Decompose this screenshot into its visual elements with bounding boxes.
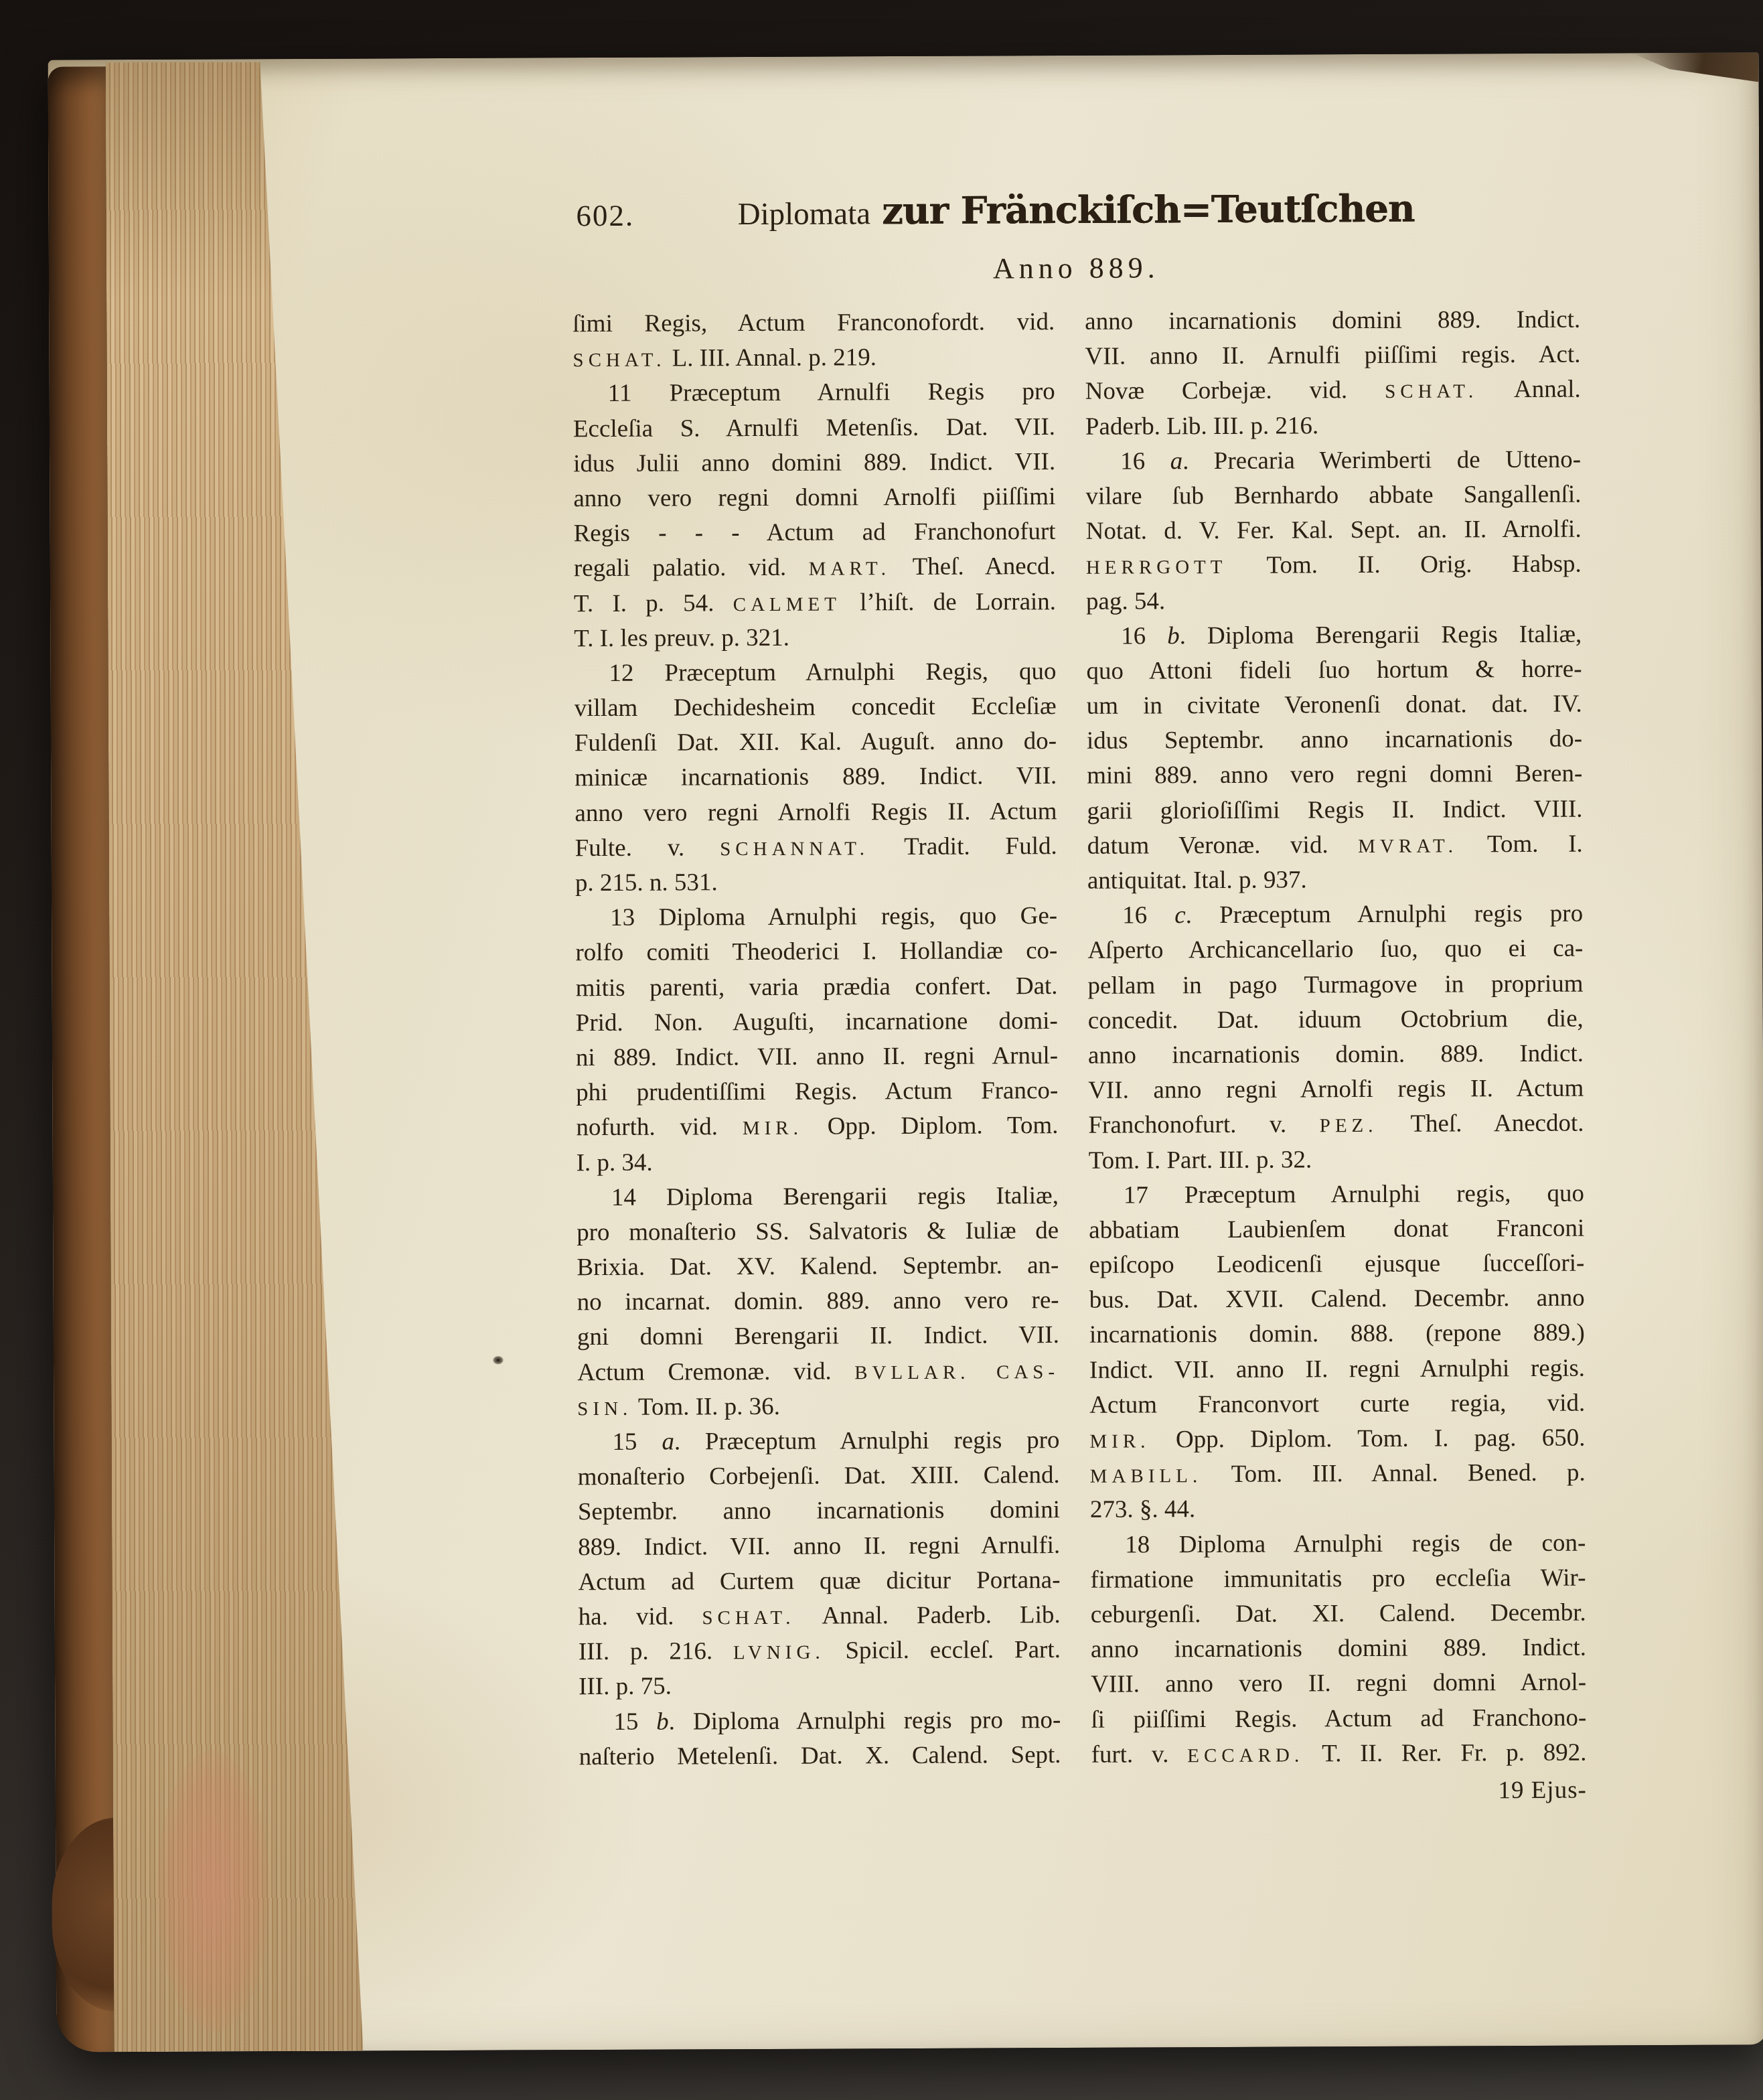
text-segment: Tom. II. p. 36. xyxy=(632,1393,780,1421)
text-line: abbatiam Laubienſem donat Franconi xyxy=(1089,1211,1584,1248)
entry-letter: b xyxy=(1167,622,1180,650)
text-line: naſterio Metelenſi. Dat. X. Calend. Sept… xyxy=(579,1738,1061,1775)
text-segment: Tom. I. Part. III. p. 32. xyxy=(1089,1146,1312,1174)
text-line: villam Dechidesheim concedit Eccleſiæ xyxy=(574,689,1057,726)
text-segment: anno incarnationis domini 889. Indict. xyxy=(1085,306,1580,335)
text-segment: nofurth. vid. xyxy=(576,1113,743,1141)
text-line: 15 a. Præceptum Arnulphi regis pro xyxy=(577,1423,1059,1460)
text-line: concedit. Dat. iduum Octobrium die, xyxy=(1088,1001,1584,1038)
text-line: Eccleſia S. Arnulfi Metenſis. Dat. VII. xyxy=(573,410,1055,447)
text-segment: VII. anno regni Arnolfi regis II. Actum xyxy=(1088,1075,1584,1104)
running-header-row: 602. Diplomatazur Fränckiſch=Teutſchen xyxy=(572,186,1580,238)
text-segment: Tom. III. Annal. Bened. p. xyxy=(1202,1459,1586,1488)
text-line: VIII. anno vero II. regni domni Arnol- xyxy=(1091,1665,1586,1702)
text-segment: villam Dechidesheim concedit Eccleſiæ xyxy=(574,692,1057,722)
text-segment: 16 xyxy=(1121,622,1167,650)
text-segment: 17 Præceptum Arnulphi regis, quo xyxy=(1124,1179,1584,1209)
text-segment: Prid. Non. Auguſti, incarnatione domi- xyxy=(576,1007,1058,1037)
text-segment: Tom. I. xyxy=(1458,830,1583,858)
text-segment: ſimi Regis, Actum Franconofordt. vid. xyxy=(572,308,1055,337)
text-line: minicæ incarnationis 889. Indict. VII. xyxy=(574,759,1057,796)
text-column-right: anno incarnationis domini 889. Indict.VI… xyxy=(1085,303,1587,1773)
text-line: anno incarnationis domin. 889. Indict. xyxy=(1088,1037,1584,1073)
fore-edge-stain xyxy=(156,1750,271,2032)
text-line: garii glorioſiſſimi Regis II. Indict. VI… xyxy=(1087,792,1582,828)
text-segment: . Præceptum Arnulphi regis pro xyxy=(1186,900,1584,929)
text-line: bus. Dat. XVII. Calend. Decembr. anno xyxy=(1089,1281,1585,1318)
text-line: HERRGOTT Tom. II. Orig. Habsp. xyxy=(1086,547,1582,584)
text-line: VII. anno II. Arnulfi piiſſimi regis. Ac… xyxy=(1085,337,1580,374)
text-segment: 273. §. 44. xyxy=(1090,1496,1195,1524)
text-line: regali palatio. vid. MART. Theſ. Anecd. xyxy=(574,549,1056,586)
text-line: anno vero regni domni Arnolfi piiſſimi xyxy=(573,479,1055,516)
text-segment: Actum Cremonæ. vid. xyxy=(577,1357,854,1386)
text-line: Actum ad Curtem quæ dicitur Portana- xyxy=(578,1563,1060,1600)
cited-author: BVLLAR. CAS- xyxy=(854,1361,1059,1383)
cited-author: MIR. xyxy=(743,1118,803,1139)
cited-author: SCHAT. xyxy=(702,1607,795,1629)
cited-author: SIN. xyxy=(577,1398,632,1420)
text-line: ſi piiſſimi Regis. Actum ad Franchono- xyxy=(1091,1700,1586,1737)
text-line: epiſcopo Leodicenſi ejusque ſucceſſori- xyxy=(1089,1246,1584,1283)
text-segment: Aſperto Archicancellario ſuo, quo ei ca- xyxy=(1087,935,1583,964)
text-line: SCHAT. L. III. Annal. p. 219. xyxy=(572,340,1055,376)
text-segment: monaſterio Corbejenſi. Dat. XIII. Calend… xyxy=(578,1461,1060,1491)
text-segment: datum Veronæ. vid. xyxy=(1087,831,1359,860)
text-line: anno incarnationis domini 889. Indict. xyxy=(1091,1631,1586,1667)
text-segment: pro monaſterio SS. Salvatoris & Iuliæ de xyxy=(577,1217,1059,1246)
text-segment: no incarnat. domin. 889. anno vero re- xyxy=(577,1286,1059,1316)
text-segment: T. I. les preuv. p. 321. xyxy=(574,623,789,652)
entry-letter: b xyxy=(656,1708,669,1735)
text-segment: Annal. Paderb. Lib. xyxy=(795,1601,1060,1630)
text-segment: Brixia. Dat. XV. Kalend. Septembr. an- xyxy=(577,1252,1059,1281)
text-segment: ſi piiſſimi Regis. Actum ad Franchono- xyxy=(1091,1704,1586,1733)
running-head-roman: Diplomata xyxy=(738,196,871,232)
catchword: 19 Ejus- xyxy=(1091,1776,1587,1807)
text-line: gni domni Berengarii II. Indict. VII. xyxy=(577,1318,1059,1355)
text-segment: VII. anno II. Arnulfi piiſſimi regis. Ac… xyxy=(1085,341,1580,370)
text-segment: Spicil. eccleſ. Part. xyxy=(825,1636,1061,1665)
text-line: 15 b. Diploma Arnulphi regis pro mo- xyxy=(579,1703,1061,1740)
text-segment: concedit. Dat. iduum Octobrium die, xyxy=(1088,1004,1584,1034)
text-segment: Fulte. v. xyxy=(575,834,720,862)
text-line: Tom. I. Part. III. p. 32. xyxy=(1089,1141,1584,1178)
leather-cover-edge xyxy=(48,66,116,2052)
text-segment: 13 Diploma Arnulphi regis, quo Ge- xyxy=(610,902,1057,931)
text-segment: vilare ſub Bernhardo abbate Sangallenſi. xyxy=(1085,481,1581,510)
text-segment: Annal. xyxy=(1478,376,1581,404)
text-line: pellam in pago Turmagove in proprium xyxy=(1087,966,1583,1003)
text-segment: 18 Diploma Arnulphi regis de con- xyxy=(1125,1529,1586,1558)
text-segment: pellam in pago Turmagove in proprium xyxy=(1087,970,1583,999)
text-line: phi prudentiſſimi Regis. Actum Franco- xyxy=(576,1073,1058,1110)
text-line: SIN. Tom. II. p. 36. xyxy=(577,1388,1059,1425)
text-segment: gni domni Berengarii II. Indict. VII. xyxy=(577,1321,1059,1351)
text-segment: anno vero regni Arnolfi Regis II. Actum xyxy=(574,798,1057,827)
text-line: Actum Franconvort curte regia, vid. xyxy=(1089,1385,1585,1422)
text-line: mini 889. anno vero regni domni Beren- xyxy=(1087,757,1582,794)
text-line: I. p. 34. xyxy=(577,1144,1059,1181)
running-head-blackletter: zur Fränckiſch=Teutſchen xyxy=(882,187,1415,233)
text-line: Prid. Non. Auguſti, incarnatione domi- xyxy=(576,1004,1058,1041)
text-line: idus Julii anno domini 889. Indict. VII. xyxy=(573,445,1055,481)
text-line: rolfo comiti Theoderici I. Hollandiæ co- xyxy=(575,933,1057,970)
text-line: anno vero regni Arnolfi Regis II. Actum xyxy=(574,794,1057,831)
text-segment: ceburgenſi. Dat. XI. Calend. Decembr. xyxy=(1091,1599,1586,1629)
text-segment: firmatione immunitatis pro eccleſia Wir- xyxy=(1090,1564,1586,1593)
text-segment: quo Attoni fideli ſuo hortum & horre- xyxy=(1086,655,1582,684)
text-line: monaſterio Corbejenſi. Dat. XIII. Calend… xyxy=(578,1458,1060,1495)
text-line: 273. §. 44. xyxy=(1090,1491,1586,1527)
text-segment: Eccleſia S. Arnulfi Metenſis. Dat. VII. xyxy=(573,413,1055,443)
text-line: III. p. 75. xyxy=(579,1667,1061,1704)
text-segment: 14 Diploma Berengarii regis Italiæ, xyxy=(611,1182,1059,1211)
text-segment: Theſ. Anecd. xyxy=(891,552,1056,581)
text-line: Regis - - - Actum ad Franchonofurt xyxy=(574,514,1056,551)
cited-author: MVRAT. xyxy=(1358,835,1458,857)
text-line: um in civitate Veronenſi donat. dat. IV. xyxy=(1087,687,1582,724)
text-line: Notat. d. V. Fer. Kal. Sept. an. II. Arn… xyxy=(1085,512,1581,549)
text-line: Franchonofurt. v. PEZ. Theſ. Anecdot. xyxy=(1088,1106,1584,1143)
text-segment: Fuldenſi Dat. XII. Kal. Auguſt. anno do- xyxy=(574,727,1057,757)
text-line: idus Septembr. anno incarnationis do- xyxy=(1087,722,1582,759)
text-segment: idus Julii anno domini 889. Indict. VII. xyxy=(573,448,1055,477)
text-line: 889. Indict. VII. anno II. regni Arnulfi… xyxy=(578,1528,1060,1565)
text-segment: Tom. II. Orig. Habsp. xyxy=(1227,550,1582,579)
text-line: incarnationis domin. 888. (repone 889.) xyxy=(1089,1316,1585,1353)
page-block-fore-edge xyxy=(106,62,364,2052)
cited-author: SCHANNAT. xyxy=(720,838,869,860)
text-segment: Novæ Corbejæ. vid. xyxy=(1085,376,1385,405)
text-segment: Paderb. Lib. III. p. 216. xyxy=(1085,412,1319,441)
text-segment: l’hiſt. de Lorrain. xyxy=(841,588,1056,616)
text-segment: regali palatio. vid. xyxy=(574,554,809,583)
text-line: ceburgenſi. Dat. XI. Calend. Decembr. xyxy=(1091,1596,1586,1633)
running-head: Diplomatazur Fränckiſch=Teutſchen xyxy=(572,186,1580,235)
text-segment: Opp. Diplom. Tom. xyxy=(803,1112,1059,1140)
text-segment: Tradit. Fuld. xyxy=(869,832,1057,860)
text-line: no incarnat. domin. 889. anno vero re- xyxy=(577,1283,1059,1320)
text-line: MIR. Opp. Diplom. Tom. I. pag. 650. xyxy=(1089,1421,1585,1458)
text-segment: . Diploma Arnulphi regis pro mo- xyxy=(669,1706,1061,1736)
text-segment: III. p. 216. xyxy=(579,1637,733,1665)
text-segment: 11 Præceptum Arnulfi Regis pro xyxy=(608,378,1055,407)
text-line: 16 b. Diploma Berengarii Regis Italiæ, xyxy=(1086,617,1582,654)
text-segment: T. I. p. 54. xyxy=(574,589,733,617)
text-line: p. 215. n. 531. xyxy=(575,864,1057,901)
text-line: datum Veronæ. vid. MVRAT. Tom. I. xyxy=(1087,826,1583,863)
cited-author: LVNIG. xyxy=(733,1642,825,1664)
text-column-left: ſimi Regis, Actum Franconofordt. vid.SCH… xyxy=(572,305,1061,1775)
text-line: Actum Cremonæ. vid. BVLLAR. CAS- xyxy=(577,1353,1059,1390)
text-segment: abbatiam Laubienſem donat Franconi xyxy=(1089,1214,1584,1244)
text-line: Septembr. anno incarnationis domini xyxy=(578,1493,1060,1529)
text-line: quo Attoni fideli ſuo hortum & horre- xyxy=(1086,652,1582,688)
text-line: Paderb. Lib. III. p. 216. xyxy=(1085,407,1581,444)
text-segment: ni 889. Indict. VII. anno II. regni Arnu… xyxy=(576,1042,1058,1071)
text-line: ni 889. Indict. VII. anno II. regni Arnu… xyxy=(576,1039,1058,1075)
binding-shadow-top-right xyxy=(1631,52,1758,82)
text-line: 18 Diploma Arnulphi regis de con- xyxy=(1090,1525,1586,1562)
text-line: vilare ſub Bernhardo abbate Sangallenſi. xyxy=(1085,477,1581,514)
text-line: ſimi Regis, Actum Franconofordt. vid. xyxy=(572,305,1055,342)
text-segment: mitis parenti, varia prædia confert. Dat… xyxy=(575,972,1057,1002)
text-line: antiquitat. Ital. p. 937. xyxy=(1087,862,1583,899)
text-segment: pag. 54. xyxy=(1086,587,1165,615)
text-line: 13 Diploma Arnulphi regis, quo Ge- xyxy=(575,899,1057,935)
text-line: Fulte. v. SCHANNAT. Tradit. Fuld. xyxy=(575,829,1057,866)
text-segment: epiſcopo Leodicenſi ejusque ſucceſſori- xyxy=(1089,1250,1584,1279)
text-line: 16 a. Precaria Werimberti de Utteno- xyxy=(1085,442,1581,479)
entry-letter: a xyxy=(662,1428,674,1456)
cited-author: MIR. xyxy=(1089,1430,1150,1452)
text-segment: 15 xyxy=(612,1428,662,1456)
text-line: Indict. VII. anno II. regni Arnulphi reg… xyxy=(1089,1351,1585,1387)
text-line: ha. vid. SCHAT. Annal. Paderb. Lib. xyxy=(579,1598,1061,1635)
text-segment: L. III. Annal. p. 219. xyxy=(666,344,876,372)
text-line: Brixia. Dat. XV. Kalend. Septembr. an- xyxy=(577,1248,1059,1285)
cited-author: SCHAT. xyxy=(572,350,666,372)
text-segment: III. p. 75. xyxy=(579,1673,672,1701)
text-line: 16 c. Præceptum Arnulphi regis pro xyxy=(1087,897,1583,933)
text-segment: p. 215. n. 531. xyxy=(575,869,718,897)
text-line: III. p. 216. LVNIG. Spicil. eccleſ. Part… xyxy=(579,1633,1061,1669)
text-segment: idus Septembr. anno incarnationis do- xyxy=(1087,725,1582,755)
text-line: anno incarnationis domini 889. Indict. xyxy=(1085,303,1580,340)
text-line: Fuldenſi Dat. XII. Kal. Auguſt. anno do- xyxy=(574,724,1057,761)
text-line: 17 Præceptum Arnulphi regis, quo xyxy=(1089,1176,1584,1213)
text-segment: um in civitate Veronenſi donat. dat. IV. xyxy=(1087,690,1582,720)
text-segment: Notat. d. V. Fer. Kal. Sept. an. II. Arn… xyxy=(1086,516,1582,545)
text-segment: Septembr. anno incarnationis domini xyxy=(578,1496,1060,1525)
text-segment: minicæ incarnationis 889. Indict. VII. xyxy=(574,762,1057,792)
text-segment: anno vero regni domni Arnolfi piiſſimi xyxy=(573,483,1055,512)
cited-author: CALMET xyxy=(733,593,841,615)
text-line: T. I. les preuv. p. 321. xyxy=(574,619,1056,656)
text-segment: . Precaria Werimberti de Utteno- xyxy=(1182,445,1581,475)
text-segment: ha. vid. xyxy=(579,1602,702,1631)
text-segment: Indict. VII. anno II. regni Arnulphi reg… xyxy=(1089,1354,1585,1383)
text-line: MABILL. Tom. III. Annal. Bened. p. xyxy=(1090,1456,1586,1493)
text-segment: . Præceptum Arnulphi regis pro xyxy=(674,1426,1060,1456)
cited-author: SCHAT. xyxy=(1385,381,1478,403)
text-segment: rolfo comiti Theoderici I. Hollandiæ co- xyxy=(575,937,1057,966)
text-line: furt. v. ECCARD. T. II. Rer. Fr. p. 892. xyxy=(1091,1735,1586,1772)
text-line: pag. 54. xyxy=(1086,582,1582,619)
text-line: Novæ Corbejæ. vid. SCHAT. Annal. xyxy=(1085,372,1581,409)
text-line: mitis parenti, varia prædia confert. Dat… xyxy=(575,969,1057,1006)
text-segment: 12 Præceptum Arnulphi Regis, quo xyxy=(609,658,1056,687)
text-segment: T. II. Rer. Fr. p. 892. xyxy=(1304,1738,1587,1767)
text-segment: . Diploma Berengarii Regis Italiæ, xyxy=(1180,620,1582,650)
text-segment: Regis - - - Actum ad Franchonofurt xyxy=(574,518,1056,547)
text-segment: incarnationis domin. 888. (repone 889.) xyxy=(1089,1319,1585,1349)
text-segment: Actum ad Curtem quæ dicitur Portana- xyxy=(578,1566,1060,1596)
text-segment: 16 xyxy=(1120,447,1170,475)
cited-author: PEZ. xyxy=(1320,1115,1378,1136)
text-segment: anno incarnationis domin. 889. Indict. xyxy=(1088,1040,1584,1069)
text-segment: mini 889. anno vero regni domni Beren- xyxy=(1087,760,1582,790)
text-segment: phi prudentiſſimi Regis. Actum Franco- xyxy=(576,1077,1058,1106)
text-segment: garii glorioſiſſimi Regis II. Indict. VI… xyxy=(1087,795,1582,824)
text-segment: antiquitat. Ital. p. 937. xyxy=(1087,866,1307,894)
text-segment: VIII. anno vero II. regni domni Arnol- xyxy=(1091,1669,1586,1698)
anno-heading: Anno 889. xyxy=(572,249,1580,288)
book-photo: 602. Diplomatazur Fränckiſch=Teutſchen A… xyxy=(0,0,1763,2100)
cited-author: ECCARD. xyxy=(1187,1744,1304,1767)
entry-letter: a xyxy=(1170,447,1183,475)
text-line: pro monaſterio SS. Salvatoris & Iuliæ de xyxy=(577,1213,1059,1250)
cited-author: MABILL. xyxy=(1090,1465,1203,1487)
text-line: nofurth. vid. MIR. Opp. Diplom. Tom. xyxy=(576,1108,1058,1145)
entry-letter: c xyxy=(1174,901,1186,929)
ink-speck xyxy=(493,1356,504,1365)
text-line: Aſperto Archicancellario ſuo, quo ei ca- xyxy=(1087,931,1583,968)
text-segment: furt. v. xyxy=(1091,1740,1187,1769)
cited-author: MART. xyxy=(809,558,891,580)
text-segment: anno incarnationis domini 889. Indict. xyxy=(1091,1634,1586,1663)
text-segment: Opp. Diplom. Tom. I. pag. 650. xyxy=(1150,1424,1585,1454)
text-segment: 15 xyxy=(613,1708,656,1735)
text-line: VII. anno regni Arnolfi regis II. Actum xyxy=(1088,1071,1584,1108)
text-segment: Actum Franconvort curte regia, vid. xyxy=(1089,1389,1585,1418)
text-segment: naſterio Metelenſi. Dat. X. Calend. Sept… xyxy=(579,1741,1061,1771)
text-segment: I. p. 34. xyxy=(577,1148,653,1176)
text-segment: Theſ. Anecdot. xyxy=(1377,1110,1584,1138)
text-line: 14 Diploma Berengarii regis Italiæ, xyxy=(577,1179,1059,1215)
text-line: 11 Præceptum Arnulfi Regis pro xyxy=(573,374,1055,411)
text-segment: 16 xyxy=(1122,901,1174,929)
cited-author: HERRGOTT xyxy=(1086,556,1227,579)
text-line: firmatione immunitatis pro eccleſia Wir- xyxy=(1090,1560,1586,1597)
text-segment: bus. Dat. XVII. Calend. Decembr. anno xyxy=(1089,1284,1585,1314)
text-segment: 889. Indict. VII. anno II. regni Arnulfi… xyxy=(578,1531,1060,1561)
text-line: 12 Præceptum Arnulphi Regis, quo xyxy=(574,654,1056,691)
text-segment: Franchonofurt. v. xyxy=(1088,1111,1319,1140)
book-page: 602. Diplomatazur Fränckiſch=Teutſchen A… xyxy=(48,52,1763,2052)
text-line: T. I. p. 54. CALMET l’hiſt. de Lorrain. xyxy=(574,585,1056,621)
